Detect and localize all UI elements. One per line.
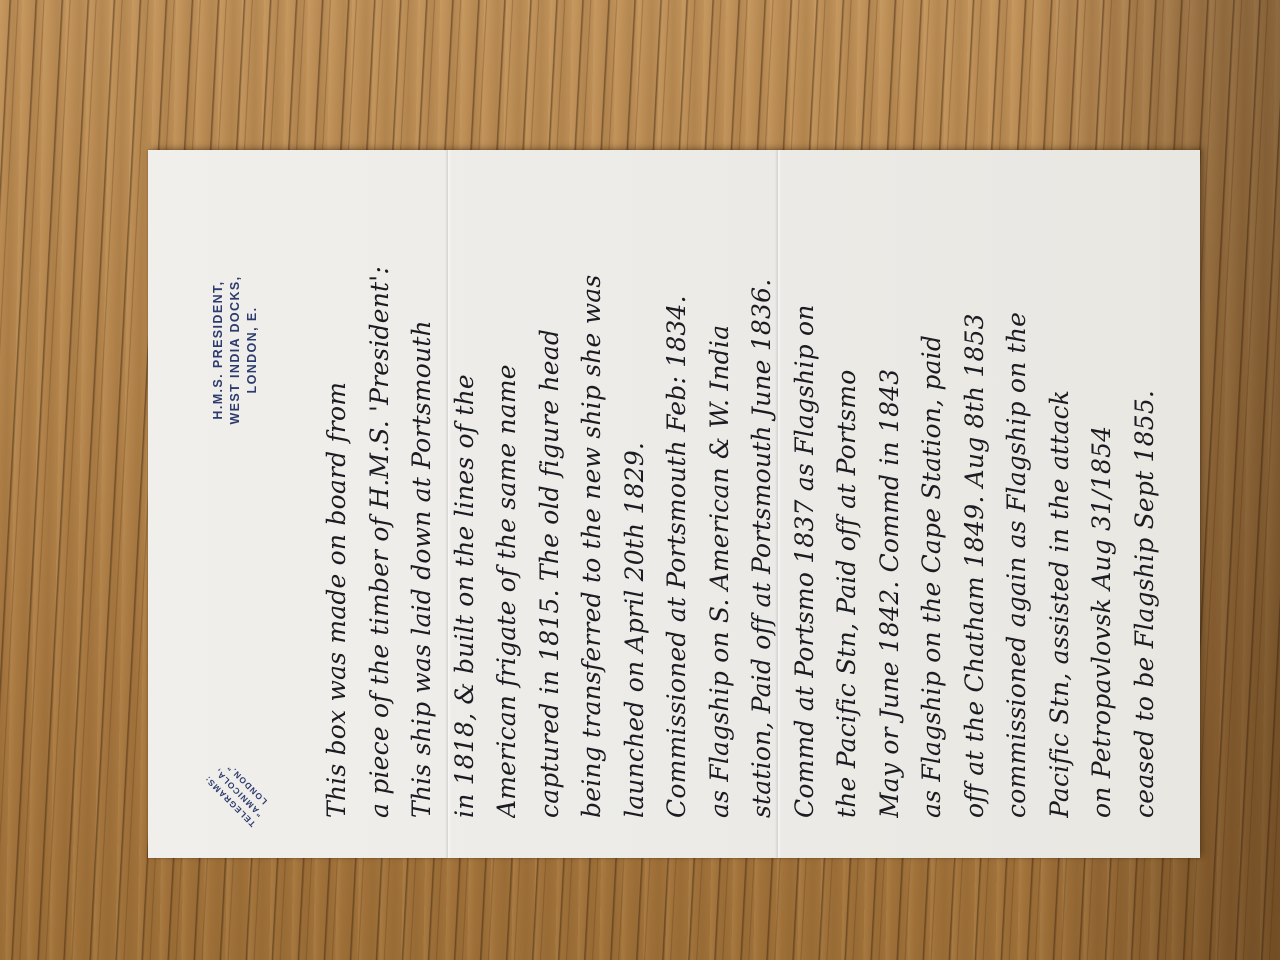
- handwriting-line: off at the Chatham 1849. Aug 8th 1853: [954, 180, 997, 818]
- letter-photo: TELEGRAMS: "AMNICOLA, LONDON." H.M.S. PR…: [148, 150, 1200, 858]
- handwriting-line: the Pacific Stn, Paid off at Portsmo: [826, 180, 869, 818]
- handwriting-line: ceased to be Flagship Sept 1855.: [1124, 180, 1167, 818]
- handwriting-line: American frigate of the same name: [486, 180, 529, 818]
- handwriting-line: as Flagship on S. American & W. India: [699, 180, 742, 818]
- letterhead: H.M.S. PRESIDENT, WEST INDIA DOCKS, LOND…: [210, 220, 261, 480]
- telegram-value: "AMNICOLA, LONDON.": [192, 738, 294, 840]
- letter-paper: TELEGRAMS: "AMNICOLA, LONDON." H.M.S. PR…: [148, 150, 1200, 858]
- handwriting-line: on Petropavlovsk Aug 31/1854: [1081, 180, 1124, 818]
- handwriting-line: This ship was laid down at Portsmouth: [401, 180, 444, 818]
- letterhead-line: LONDON, E.: [244, 220, 261, 480]
- handwriting-line: captured in 1815. The old figure head: [529, 180, 572, 818]
- handwriting-line: Commd at Portsmo 1837 as Flagship on: [784, 180, 827, 818]
- handwriting-line: This box was made on board from: [316, 180, 359, 818]
- handwritten-text: This box was made on board from a piece …: [316, 180, 1166, 818]
- handwriting-line: station, Paid off at Portsmouth June 183…: [741, 180, 784, 818]
- handwriting-line: a piece of the timber of H.M.S. 'Preside…: [359, 180, 402, 818]
- handwriting-line: Commissioned at Portsmouth Feb: 1834.: [656, 180, 699, 818]
- handwriting-line: Pacific Stn, assisted in the attack: [1039, 180, 1082, 818]
- handwriting-line: launched on April 20th 1829.: [614, 180, 657, 818]
- letterhead-line: H.M.S. PRESIDENT,: [210, 220, 227, 480]
- handwriting-line: being transferred to the new ship she wa…: [571, 180, 614, 818]
- handwriting-line: May or June 1842. Commd in 1843: [869, 180, 912, 818]
- telegram-address: TELEGRAMS: "AMNICOLA, LONDON.": [183, 738, 293, 848]
- handwriting-line: commissioned again as Flagship on the: [996, 180, 1039, 818]
- letterhead-line: WEST INDIA DOCKS,: [227, 220, 244, 480]
- handwriting-line: as Flagship on the Cape Station, paid: [911, 180, 954, 818]
- handwriting-line: in 1818, & built on the lines of the: [444, 180, 487, 818]
- telegram-address-block: TELEGRAMS: "AMNICOLA, LONDON.": [168, 708, 318, 858]
